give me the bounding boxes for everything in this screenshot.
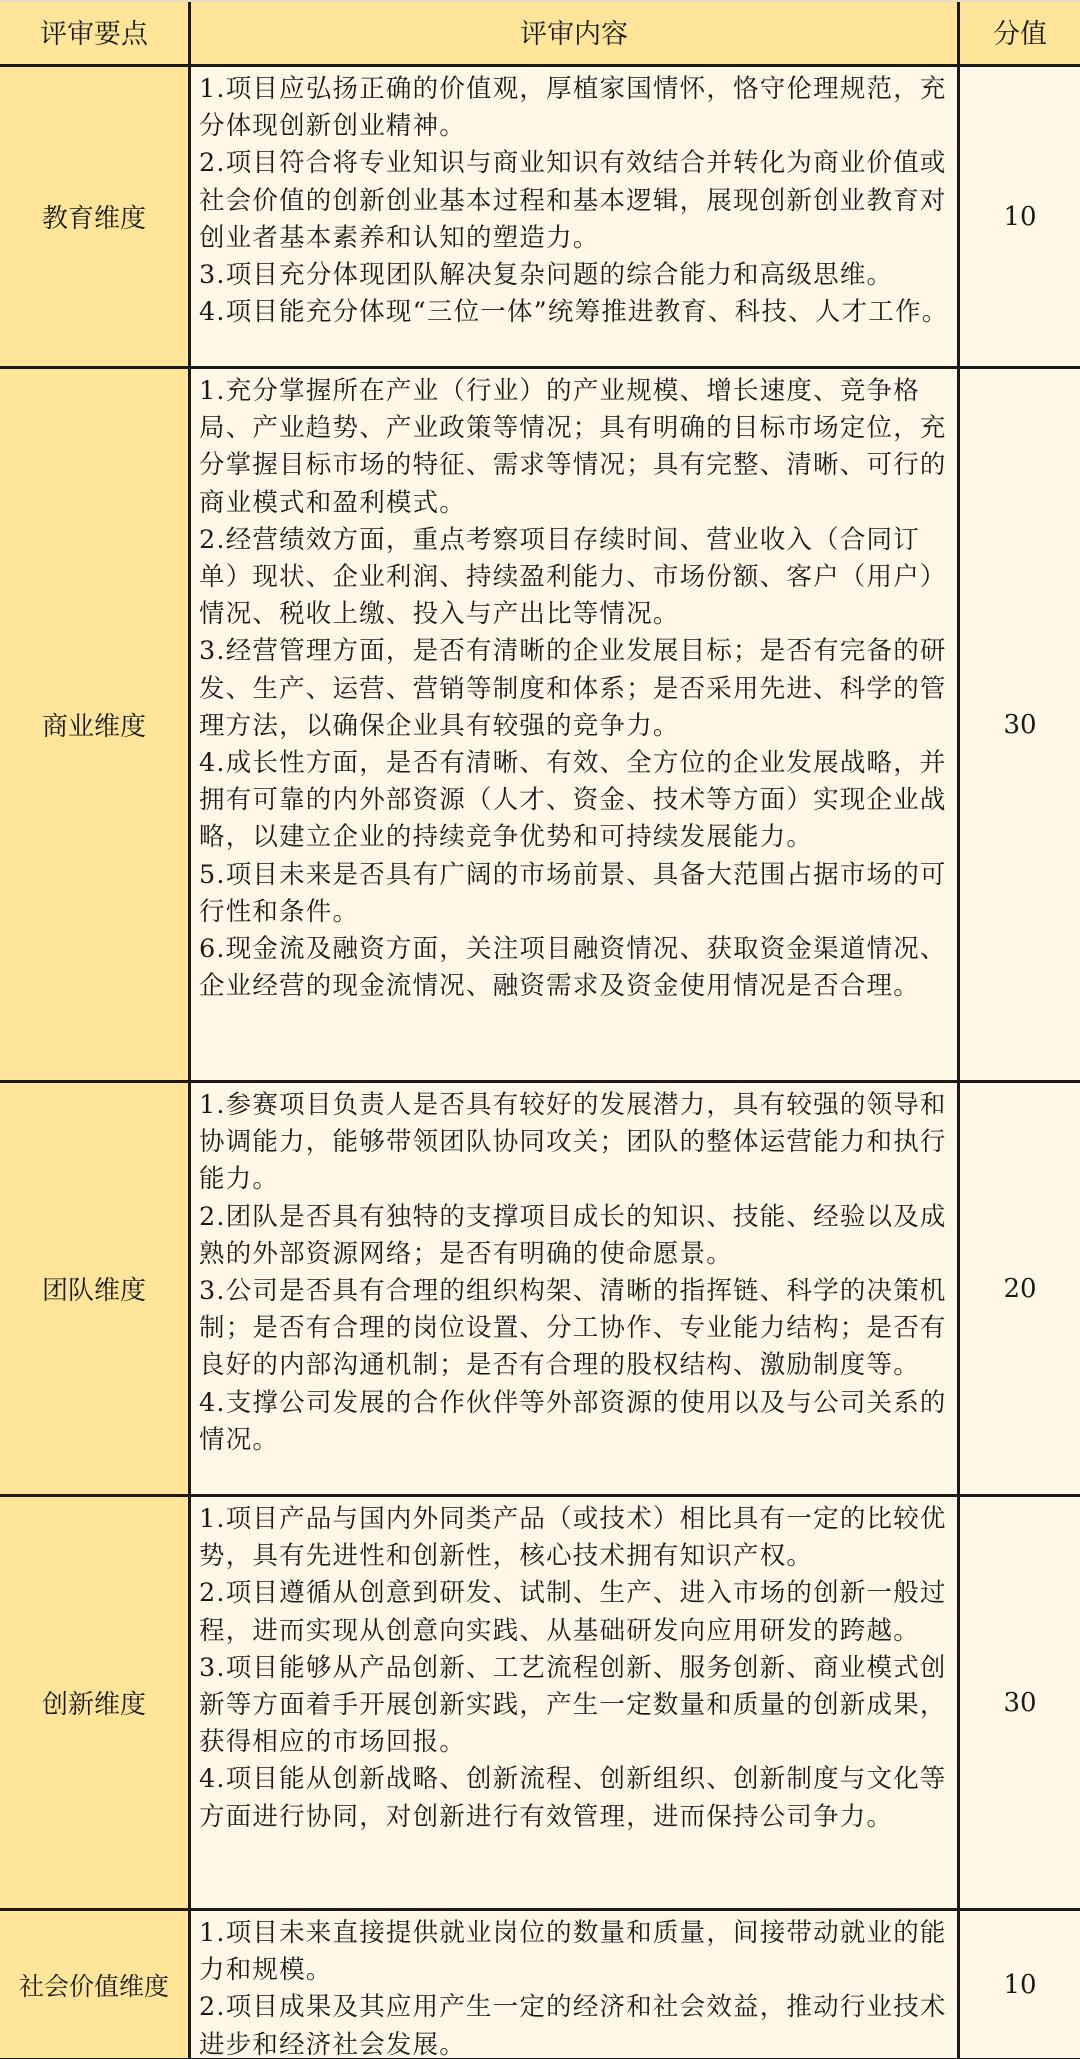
criteria-item: 2.经营绩效方面，重点考察项目存续时间、营业收入（合同订单）现状、企业利润、持续… — [199, 522, 951, 634]
criteria-item: 4.成长性方面，是否有清晰、有效、全方位的企业发展战略，并拥有可靠的内外部资源（… — [199, 745, 951, 857]
criteria-item: 2.项目遵循从创意到研发、试制、生产、进入市场的创新一般过程，进而实现从创意向实… — [199, 1575, 951, 1649]
criteria-item: 4.项目能充分体现“三位一体”统筹推进教育、科技、人才工作。 — [199, 294, 951, 331]
criteria-content: 1.项目应弘扬正确的价值观，厚植家国情怀，恪守伦理规范，充分体现创新创业精神。 … — [188, 67, 957, 366]
table-header: 评审要点 评审内容 分值 — [0, 2, 1080, 66]
criteria-item: 2.团队是否具有独特的支撑项目成长的知识、技能、经验以及成熟的外部资源网络；是否… — [199, 1199, 951, 1273]
table-row-team: 团队维度 1.参赛项目负责人是否具有较好的发展潜力，具有较强的领导和协调能力，能… — [0, 1083, 1080, 1494]
score-value: 10 — [957, 67, 1080, 366]
criteria-item: 2.项目符合将专业知识与商业知识有效结合并转化为商业价值或社会价值的创新创业基本… — [199, 145, 951, 257]
criteria-item: 1.参赛项目负责人是否具有较好的发展潜力，具有较强的领导和协调能力，能够带领团队… — [199, 1087, 951, 1199]
score-value: 10 — [957, 1911, 1080, 2058]
criteria-content: 1.充分掌握所在产业（行业）的产业规模、增长速度、竞争格局、产业趋势、产业政策等… — [188, 369, 957, 1080]
criteria-item: 3.项目充分体现团队解决复杂问题的综合能力和高级思维。 — [199, 257, 951, 294]
score-value: 20 — [957, 1083, 1080, 1494]
table-row-innovation: 创新维度 1.项目产品与国内外同类产品（或技术）相比具有一定的比较优势，具有先进… — [0, 1497, 1080, 1908]
criteria-item: 4.项目能从创新战略、创新流程、创新组织、创新制度与文化等方面进行协同，对创新进… — [199, 1761, 951, 1835]
table-row-business: 商业维度 1.充分掌握所在产业（行业）的产业规模、增长速度、竞争格局、产业趋势、… — [0, 369, 1080, 1080]
criteria-item: 1.项目产品与国内外同类产品（或技术）相比具有一定的比较优势，具有先进性和创新性… — [199, 1501, 951, 1575]
criteria-item: 3.公司是否具有合理的组织构架、清晰的指挥链、科学的决策机制；是否有合理的岗位设… — [199, 1273, 951, 1385]
criteria-content: 1.项目未来直接提供就业岗位的数量和质量，间接带动就业的能力和规模。 2.项目成… — [188, 1911, 957, 2058]
score-value: 30 — [957, 1497, 1080, 1908]
criteria-content: 1.项目产品与国内外同类产品（或技术）相比具有一定的比较优势，具有先进性和创新性… — [188, 1497, 957, 1908]
dimension-label: 社会价值维度 — [0, 1911, 188, 2058]
criteria-item: 3.经营管理方面，是否有清晰的企业发展目标；是否有完备的研发、生产、运营、营销等… — [199, 633, 951, 745]
criteria-item: 6.现金流及融资方面，关注项目融资情况、获取资金渠道情况、企业经营的现金流情况、… — [199, 931, 951, 1005]
criteria-item: 4.支撑公司发展的合作伙伴等外部资源的使用以及与公司关系的情况。 — [199, 1385, 951, 1459]
header-content: 评审内容 — [188, 2, 957, 66]
criteria-item: 3.项目能够从产品创新、工艺流程创新、服务创新、商业模式创新等方面着手开展创新实… — [199, 1650, 951, 1762]
dimension-label: 团队维度 — [0, 1083, 188, 1494]
criteria-content: 1.参赛项目负责人是否具有较好的发展潜力，具有较强的领导和协调能力，能够带领团队… — [188, 1083, 957, 1494]
dimension-label: 教育维度 — [0, 67, 188, 366]
dimension-label: 商业维度 — [0, 369, 188, 1080]
table-row-education: 教育维度 1.项目应弘扬正确的价值观，厚植家国情怀，恪守伦理规范，充分体现创新创… — [0, 67, 1080, 366]
criteria-item: 1.项目未来直接提供就业岗位的数量和质量，间接带动就业的能力和规模。 — [199, 1915, 951, 1989]
score-value: 30 — [957, 369, 1080, 1080]
table-row-social-value: 社会价值维度 1.项目未来直接提供就业岗位的数量和质量，间接带动就业的能力和规模… — [0, 1911, 1080, 2058]
criteria-item: 1.项目应弘扬正确的价值观，厚植家国情怀，恪守伦理规范，充分体现创新创业精神。 — [199, 71, 951, 145]
dimension-label: 创新维度 — [0, 1497, 188, 1908]
header-criteria: 评审要点 — [0, 2, 188, 66]
header-score: 分值 — [957, 2, 1080, 66]
criteria-item: 1.充分掌握所在产业（行业）的产业规模、增长速度、竞争格局、产业趋势、产业政策等… — [199, 373, 951, 522]
criteria-item: 2.项目成果及其应用产生一定的经济和社会效益，推动行业技术进步和经济社会发展。 — [199, 1989, 951, 2059]
evaluation-criteria-table: 评审要点 评审内容 分值 教育维度 1.项目应弘扬正确的价值观，厚植家国情怀，恪… — [0, 0, 1080, 2059]
criteria-item: 5.项目未来是否具有广阔的市场前景、具备大范围占据市场的可行性和条件。 — [199, 857, 951, 931]
